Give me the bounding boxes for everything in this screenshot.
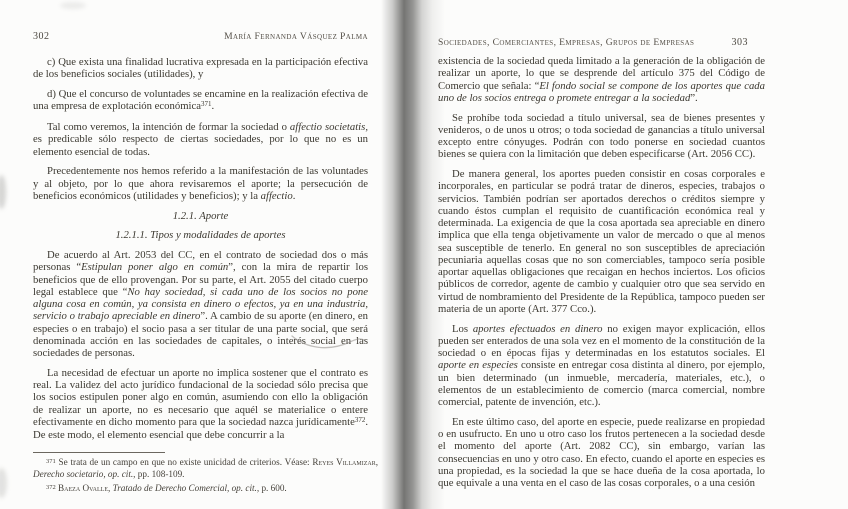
left-page-header: 302 María Fernanda Vásquez Palma — [33, 31, 368, 42]
scan-smudge — [60, 2, 86, 9]
footnote: 372 Baeza Ovalle, Tratado de Derecho Com… — [33, 483, 378, 495]
right-page-number: 303 — [732, 37, 749, 48]
paragraph: d) Que el concurso de voluntades se enca… — [33, 88, 368, 114]
pen-mark — [288, 330, 368, 364]
paragraph: existencia de la sociedad queda limitado… — [438, 55, 765, 104]
footnote-rule — [33, 452, 165, 453]
footnote-block: 371 Se trata de un campo en que no exist… — [33, 452, 378, 498]
right-page-header: Sociedades, Comerciantes, Empresas, Grup… — [438, 37, 748, 48]
right-running-header: Sociedades, Comerciantes, Empresas, Grup… — [438, 37, 694, 48]
paragraph: c) Que exista una finalidad lucrativa ex… — [33, 56, 368, 81]
paragraph: En este último caso, del aporte en espec… — [438, 416, 765, 490]
left-running-header: María Fernanda Vásquez Palma — [224, 31, 368, 42]
right-page-body: existencia de la sociedad queda limitado… — [438, 55, 765, 505]
paragraph: Tal como veremos, la intención de formar… — [33, 121, 368, 158]
paragraph: De manera general, los aportes pueden co… — [438, 168, 765, 315]
scan-smudge — [0, 175, 6, 209]
paragraph: Precedentemente nos hemos referido a la … — [33, 165, 368, 202]
section-heading-tipos: 1.2.1.1. Tipos y modalidades de aportes — [33, 229, 368, 241]
left-page-number: 302 — [33, 31, 50, 42]
page-gutter-shadow — [381, 0, 445, 509]
footnote: 371 Se trata de un campo en que no exist… — [33, 457, 378, 481]
section-heading-aporte: 1.2.1. Aporte — [33, 210, 368, 222]
paragraph: Se prohíbe toda sociedad a título univer… — [438, 112, 765, 161]
paragraph: La necesidad de efectuar un aporte no im… — [33, 367, 368, 442]
left-page-body: c) Que exista una finalidad lucrativa ex… — [33, 56, 368, 451]
scan-smudge — [0, 468, 7, 498]
book-scan: 302 María Fernanda Vásquez Palma c) Que … — [0, 0, 848, 509]
paragraph: Los aportes efectuados en dinero no exig… — [438, 323, 765, 409]
